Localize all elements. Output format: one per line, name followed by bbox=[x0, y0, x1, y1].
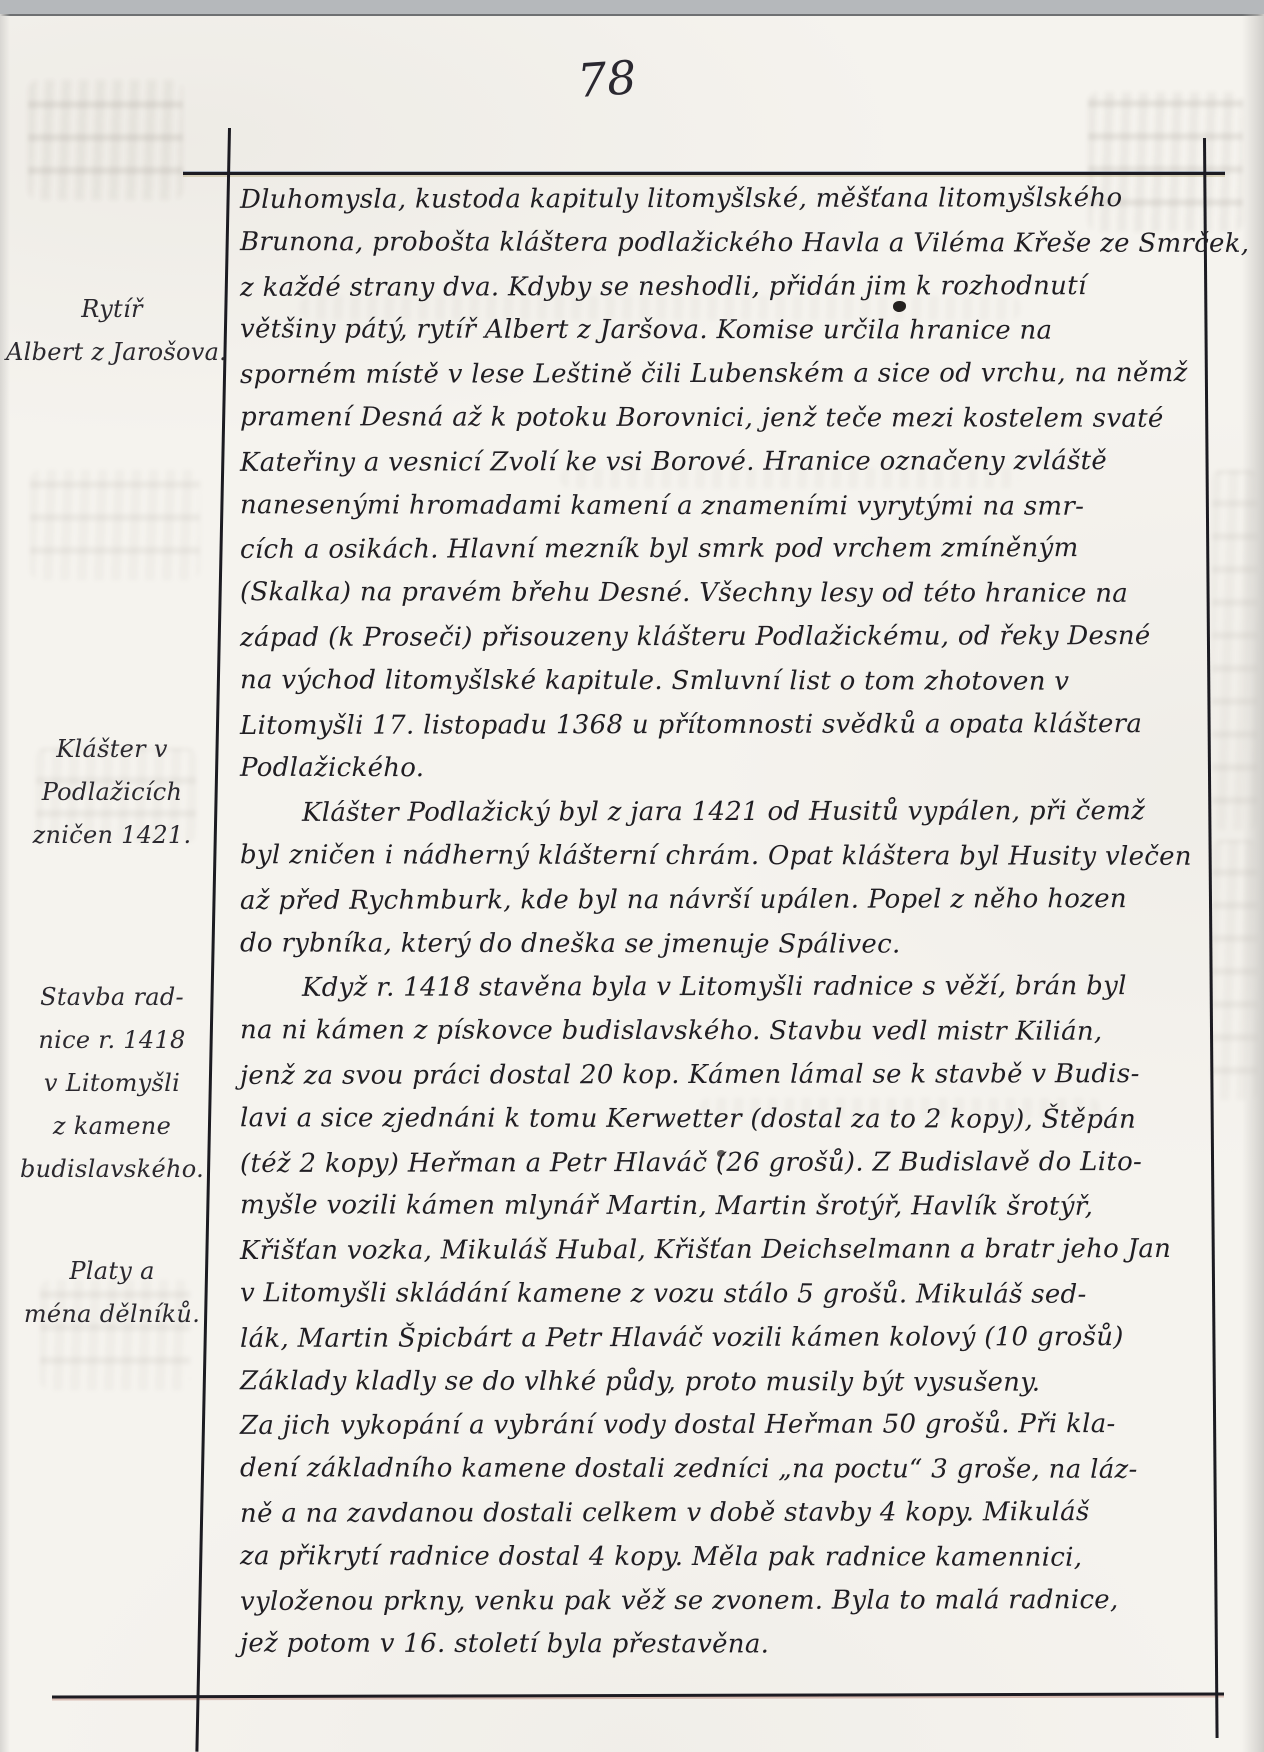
body-line: lavi a sice zjednáni k tomu Kerwetter (d… bbox=[240, 1101, 1136, 1137]
margin-note-line: z kamene bbox=[6, 1105, 218, 1148]
page-number: 78 bbox=[560, 49, 654, 109]
body-line: jež potom v 16. století byla přestavěna. bbox=[240, 1627, 769, 1662]
scanned-manuscript-page: { "page": { "number": "78", "kind": "han… bbox=[0, 0, 1264, 1752]
body-line: sporném místě v lese Leštině čili Lubens… bbox=[240, 356, 1188, 392]
margin-note-line: budislavského. bbox=[6, 1148, 218, 1191]
body-line: Základy kladly se do vlhké půdy, proto m… bbox=[240, 1364, 1040, 1399]
body-line: Dluhomysla, kustoda kapituly litomyšlské… bbox=[240, 181, 1123, 217]
body-line: Křišťan vozka, Mikuláš Hubal, Křišťan De… bbox=[240, 1232, 1171, 1268]
margin-note: Klášter v Podlažicích zničen 1421. bbox=[6, 728, 218, 857]
margin-note: Rytíř Albert z Jarošova. bbox=[6, 288, 218, 374]
scan-left-edge bbox=[0, 14, 10, 1752]
margin-note-line: ména dělníků. bbox=[6, 1293, 218, 1336]
bleed-through-ghost bbox=[28, 80, 183, 200]
body-line: lák, Martin Špicbárt a Petr Hlaváč vozil… bbox=[240, 1320, 1124, 1356]
body-line: za přikrytí radnice dostal 4 kopy. Měla … bbox=[240, 1539, 1082, 1574]
body-line: Litomyšli 17. listopadu 1368 u přítomnos… bbox=[240, 707, 1142, 743]
body-line: (Skalka) na pravém břehu Desné. Všechny … bbox=[240, 575, 1128, 611]
body-line: na ni kámen z pískovce budislavského. St… bbox=[240, 1013, 1103, 1049]
margin-note-line: Podlažicích bbox=[6, 771, 218, 814]
margin-note-line: zničen 1421. bbox=[6, 814, 218, 857]
top-rule bbox=[183, 172, 1225, 175]
margin-note-line: v Litomyšli bbox=[6, 1062, 218, 1105]
scan-top-edge bbox=[0, 0, 1264, 16]
body-line: Za jich vykopání a vybrání vody dostal H… bbox=[240, 1407, 1116, 1443]
margin-note-line: Klášter v bbox=[6, 728, 218, 771]
paper-texture bbox=[0, 0, 1264, 1752]
body-line: na východ litomyšlské kapitule. Smluvní … bbox=[240, 663, 1069, 698]
body-line: nanesenými hromadami kamení a znameními … bbox=[240, 488, 1084, 523]
scan-right-edge bbox=[1242, 14, 1264, 1752]
body-line: (též 2 kopy) Heřman a Petr Hlaváč (26 gr… bbox=[240, 1145, 1142, 1181]
body-line: Podlažického. bbox=[240, 751, 424, 785]
margin-note-line: nice r. 1418 bbox=[6, 1019, 218, 1062]
body-line: Klášter Podlažický byl z jara 1421 od Hu… bbox=[302, 794, 1145, 830]
body-line: až před Rychmburk, kde byl na návrší upá… bbox=[240, 882, 1127, 918]
body-line: v Litomyšli skládání kamene z vozu stálo… bbox=[240, 1276, 1087, 1311]
body-line: byl zničen i nádherný klášterní chrám. O… bbox=[240, 838, 1192, 874]
body-line: západ (k Proseči) přisouzeny klášteru Po… bbox=[240, 619, 1151, 655]
margin-note-line: Platy a bbox=[6, 1250, 218, 1293]
bleed-through-ghost bbox=[30, 470, 200, 580]
body-line: vyloženou prkny, venku pak věž se zvonem… bbox=[240, 1583, 1119, 1619]
body-line: dení základního kamene dostali zedníci „… bbox=[240, 1451, 1138, 1487]
margin-note-line: Stavba rad- bbox=[6, 976, 218, 1019]
body-line: ně a na zavdanou dostali celkem v době s… bbox=[240, 1495, 1090, 1531]
body-line: z každé strany dva. Kdyby se neshodli, p… bbox=[240, 269, 1087, 305]
body-line: do rybníka, který do dneška se jmenuje S… bbox=[240, 926, 901, 961]
body-line: většiny pátý, rytíř Albert z Jaršova. Ko… bbox=[240, 312, 1052, 347]
body-line: Kateřiny a vesnicí Zvolí ke vsi Borové. … bbox=[240, 444, 1107, 480]
body-line: Brunona, probošta kláštera podlažického … bbox=[240, 225, 1249, 261]
margin-note: Platy a ména dělníků. bbox=[6, 1250, 218, 1336]
body-line: Když r. 1418 stavěna byla v Litomyšli ra… bbox=[302, 969, 1127, 1005]
body-line: pramení Desná až k potoku Borovnici, jen… bbox=[240, 400, 1164, 436]
body-line: myšle vozili kámen mlynář Martin, Martin… bbox=[240, 1188, 1093, 1223]
margin-note-line: Rytíř bbox=[6, 288, 218, 331]
margin-note-line: Albert z Jarošova. bbox=[6, 331, 218, 374]
body-line: cích a osikách. Hlavní mezník byl smrk p… bbox=[240, 531, 1079, 567]
margin-note: Stavba rad- nice r. 1418 v Litomyšli z k… bbox=[6, 976, 218, 1191]
body-line: jenž za svou práci dostal 20 kop. Kámen … bbox=[240, 1057, 1140, 1093]
